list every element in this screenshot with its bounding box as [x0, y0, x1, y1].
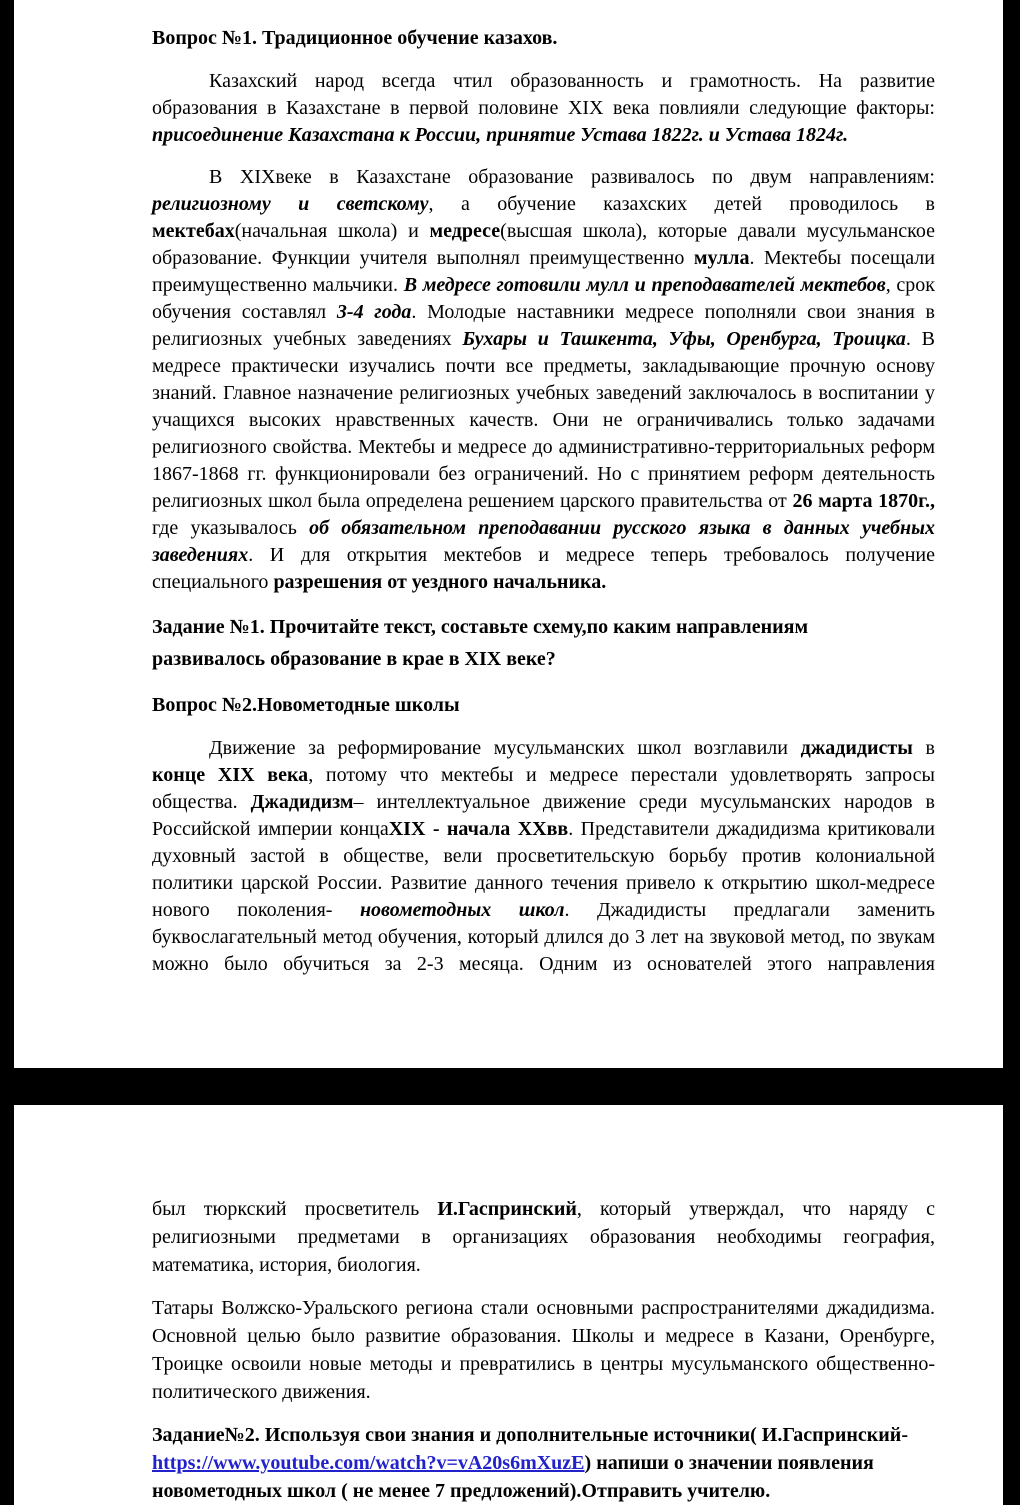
- document-paragraph: Казахский народ всегда чтил образованнос…: [152, 68, 935, 149]
- document-paragraph: был тюркский просветитель И.Гаспринский,…: [152, 1195, 935, 1279]
- text-run: Вопрос №1. Традиционное обучение казахов…: [152, 27, 557, 49]
- text-run: 26 марта 1870г.,: [792, 490, 935, 512]
- text-run: был тюркский просветитель: [152, 1198, 437, 1220]
- document-paragraph: Движение за реформирование мусульманских…: [152, 735, 935, 978]
- text-run: И.Гаспринский: [437, 1198, 577, 1220]
- text-run: 3-4 года: [337, 301, 411, 323]
- text-run: религиозному и светскому: [152, 193, 429, 215]
- text-run: . В медресе практически изучались почти …: [152, 328, 935, 512]
- page-2-content: был тюркский просветитель И.Гаспринский,…: [14, 1105, 1003, 1505]
- document-page-1: Вопрос №1. Традиционное обучение казахов…: [14, 0, 1003, 1068]
- text-run: Татары Волжско-Уральского региона стали …: [152, 1297, 935, 1403]
- text-run: в: [913, 737, 935, 759]
- text-run: Задание№2. Используя свои знания и допол…: [152, 1424, 908, 1446]
- text-run: разрешения от уездного начальника.: [273, 571, 606, 593]
- document-heading: Задание №1. Прочитайте текст, составьте …: [152, 611, 842, 675]
- text-run: где указывалось: [152, 517, 309, 539]
- page-1-content: Вопрос №1. Традиционное обучение казахов…: [14, 0, 1003, 978]
- text-run: XIX - начала XXвв: [389, 818, 568, 840]
- text-run: конце XIX века: [152, 764, 308, 786]
- text-run: Вопрос №2.Новометодные школы: [152, 694, 460, 716]
- document-paragraph: Татары Волжско-Уральского региона стали …: [152, 1294, 935, 1406]
- document-paragraph: Задание№2. Используя свои знания и допол…: [152, 1421, 935, 1505]
- text-run: Бухары и Ташкента, Уфы, Оренбурга, Троиц…: [462, 328, 906, 350]
- document-heading: Вопрос №1. Традиционное обучение казахов…: [152, 22, 935, 54]
- text-run: присоединение Казахстана к России, приня…: [152, 124, 848, 146]
- text-run: мектебах: [152, 220, 235, 242]
- text-run: Джадидизм: [251, 791, 354, 813]
- document-heading: Вопрос №2.Новометодные школы: [152, 689, 935, 721]
- text-run: , а обучение казахских детей проводилось…: [429, 193, 935, 215]
- text-run: В медресе готовили мулл и преподавателей…: [404, 274, 886, 296]
- text-run: новометодных школ: [360, 899, 565, 921]
- text-run: мулла: [694, 247, 750, 269]
- text-run: Движение за реформирование мусульманских…: [209, 737, 801, 759]
- text-run: медресе: [430, 220, 501, 242]
- text-run: Казахский народ всегда чтил образованнос…: [152, 70, 935, 119]
- text-run: джадидисты: [801, 737, 913, 759]
- text-run: Задание №1. Прочитайте текст, составьте …: [152, 616, 808, 670]
- text-run: (начальная школа) и: [235, 220, 430, 242]
- document-paragraph: В XIXвеке в Казахстане образование разви…: [152, 164, 935, 596]
- text-run: В XIXвеке в Казахстане образование разви…: [209, 166, 935, 188]
- youtube-link[interactable]: https://www.youtube.com/watch?v=vA20s6mX…: [152, 1452, 585, 1474]
- document-page-2: был тюркский просветитель И.Гаспринский,…: [14, 1105, 1003, 1505]
